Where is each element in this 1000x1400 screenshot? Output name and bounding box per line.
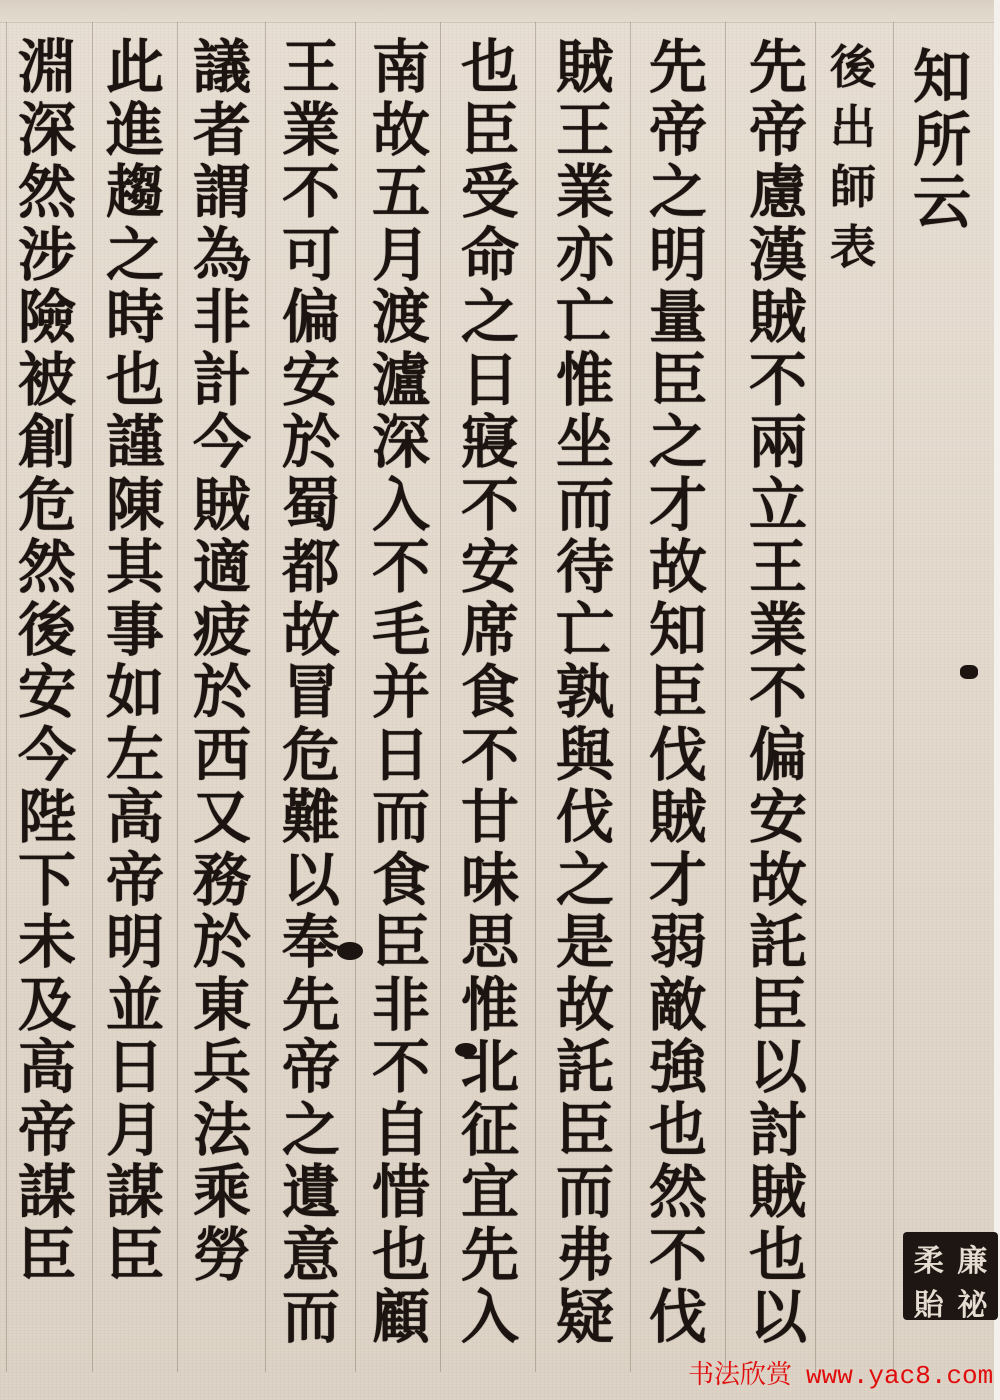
- text-column-9: 議者謂為非計今賊適疲於西又務於東兵法乘勞: [177, 38, 267, 1288]
- calligraphy-character: 食: [461, 663, 519, 726]
- calligraphy-character: 亦: [556, 226, 614, 289]
- calligraphy-character: 量: [649, 288, 707, 351]
- calligraphy-character: 坐: [556, 413, 614, 476]
- calligraphy-character: 謂: [193, 163, 251, 226]
- calligraphy-character: 強: [649, 1038, 707, 1101]
- calligraphy-character: 南: [372, 38, 430, 101]
- calligraphy-character: 才: [649, 476, 707, 539]
- calligraphy-character: 兩: [749, 413, 807, 476]
- calligraphy-character: 安: [282, 351, 340, 414]
- calligraphy-character: 亡: [556, 288, 614, 351]
- calligraphy-character: 左: [106, 726, 164, 789]
- text-column-3: 先帝慮漢賊不兩立王業不偏安故託臣以討賊也以: [733, 38, 823, 1351]
- calligraphy-character: 漢: [749, 226, 807, 289]
- calligraphy-character: 都: [282, 538, 340, 601]
- calligraphy-character: 遺: [282, 1163, 340, 1226]
- calligraphy-character: 業: [749, 601, 807, 664]
- calligraphy-character: 未: [18, 913, 76, 976]
- calligraphy-character: 法: [193, 1101, 251, 1164]
- calligraphy-character: 之: [649, 163, 707, 226]
- calligraphy-character: 表: [830, 224, 876, 284]
- calligraphy-character: 寢: [461, 413, 519, 476]
- calligraphy-character: 賊: [193, 476, 251, 539]
- calligraphy-character: 伐: [649, 726, 707, 789]
- calligraphy-character: 云: [913, 173, 971, 236]
- calligraphy-character: 而: [556, 1163, 614, 1226]
- calligraphy-character: 故: [282, 601, 340, 664]
- calligraphy-character: 陛: [18, 788, 76, 851]
- calligraphy-character: 味: [461, 851, 519, 914]
- calligraphy-character: 疑: [556, 1288, 614, 1351]
- calligraphy-character: 渡: [372, 288, 430, 351]
- calligraphy-character: 亡: [556, 601, 614, 664]
- calligraphy-character: 受: [461, 163, 519, 226]
- calligraphy-character: 也: [649, 1101, 707, 1164]
- calligraphy-character: 而: [372, 788, 430, 851]
- seal-char: 貽: [914, 1280, 944, 1324]
- calligraphy-character: 危: [282, 726, 340, 789]
- calligraphy-character: 敵: [649, 976, 707, 1039]
- calligraphy-character: 帝: [649, 101, 707, 164]
- calligraphy-character: 進: [106, 101, 164, 164]
- calligraphy-character: 及: [18, 976, 76, 1039]
- calligraphy-character: 淵: [18, 38, 76, 101]
- calligraphy-character: 適: [193, 538, 251, 601]
- calligraphy-character: 不: [649, 1226, 707, 1289]
- calligraphy-character: 五: [372, 163, 430, 226]
- calligraphy-character: 託: [556, 1038, 614, 1101]
- calligraphy-character: 於: [282, 413, 340, 476]
- calligraphy-character: 臣: [106, 1226, 164, 1289]
- calligraphy-character: 弗: [556, 1226, 614, 1289]
- calligraphy-character: 偏: [282, 288, 340, 351]
- column-rule: [725, 22, 726, 1372]
- calligraphy-character: 冒: [282, 663, 340, 726]
- calligraphy-character: 如: [106, 663, 164, 726]
- text-column-7: 南故五月渡瀘深入不毛并日而食臣非不自惜也顧: [356, 38, 446, 1351]
- calligraphy-character: 臣: [749, 976, 807, 1039]
- calligraphy-character: 時: [106, 288, 164, 351]
- calligraphy-character: 趨: [106, 163, 164, 226]
- calligraphy-character: 不: [461, 726, 519, 789]
- calligraphy-character: 議: [193, 38, 251, 101]
- calligraphy-character: 偏: [749, 726, 807, 789]
- calligraphy-character: 之: [556, 851, 614, 914]
- paper-right-margin: [994, 0, 1000, 1400]
- calligraphy-character: 涉: [18, 226, 76, 289]
- calligraphy-character: 帝: [282, 1038, 340, 1101]
- calligraphy-character: 先: [282, 976, 340, 1039]
- calligraphy-character: 惟: [556, 351, 614, 414]
- calligraphy-character: 賊: [556, 38, 614, 101]
- calligraphy-character: 師: [830, 164, 876, 224]
- calligraphy-character: 入: [372, 476, 430, 539]
- calligraphy-character: 今: [193, 413, 251, 476]
- calligraphy-character: 以: [282, 851, 340, 914]
- calligraphy-character: 所: [913, 111, 971, 174]
- calligraphy-character: 不: [749, 663, 807, 726]
- calligraphy-character: 臣: [461, 101, 519, 164]
- calligraphy-character: 命: [461, 226, 519, 289]
- calligraphy-character: 先: [749, 38, 807, 101]
- calligraphy-character: 日: [372, 726, 430, 789]
- text-column-8: 王業不可偏安於蜀都故冒危難以奉先帝之遺意而: [266, 38, 356, 1351]
- calligraphy-character: 創: [18, 413, 76, 476]
- calligraphy-character: 陳: [106, 476, 164, 539]
- collector-seal: 柔 廉 貽 祕: [903, 1232, 998, 1320]
- column-rule: [630, 22, 631, 1372]
- calligraphy-character: 非: [372, 976, 430, 1039]
- calligraphy-character: 以: [749, 1038, 807, 1101]
- calligraphy-character: 者: [193, 101, 251, 164]
- calligraphy-character: 其: [106, 538, 164, 601]
- calligraphy-character: 業: [282, 101, 340, 164]
- calligraphy-character: 討: [749, 1101, 807, 1164]
- calligraphy-character: 并: [372, 663, 430, 726]
- calligraphy-character: 不: [749, 351, 807, 414]
- calligraphy-character: 故: [749, 851, 807, 914]
- ink-blot: [337, 942, 363, 960]
- calligraphy-character: 月: [106, 1101, 164, 1164]
- calligraphy-character: 謀: [18, 1163, 76, 1226]
- calligraphy-character: 顧: [372, 1288, 430, 1351]
- calligraphy-character: 兵: [193, 1038, 251, 1101]
- calligraphy-character: 然: [649, 1163, 707, 1226]
- calligraphy-character: 而: [556, 476, 614, 539]
- calligraphy-character: 慮: [749, 163, 807, 226]
- calligraphy-character: 宜: [461, 1163, 519, 1226]
- column-rule: [535, 22, 536, 1372]
- calligraphy-character: 今: [18, 726, 76, 789]
- calligraphy-character: 疲: [193, 601, 251, 664]
- text-column-10: 此進趨之時也謹陳其事如左高帝明並日月謀臣: [90, 38, 180, 1288]
- calligraphy-character: 勞: [193, 1226, 251, 1289]
- calligraphy-character: 賊: [749, 1163, 807, 1226]
- text-column-1: 知所云: [897, 48, 987, 236]
- calligraphy-character: 月: [372, 226, 430, 289]
- calligraphy-character: 然: [18, 163, 76, 226]
- calligraphy-character: 弱: [649, 913, 707, 976]
- calligraphy-character: 意: [282, 1226, 340, 1289]
- watermark-url: www.yac8.com: [806, 1361, 993, 1391]
- calligraphy-character: 又: [193, 788, 251, 851]
- calligraphy-character: 毛: [372, 601, 430, 664]
- calligraphy-character: 後: [830, 44, 876, 104]
- text-column-4: 先帝之明量臣之才故知臣伐賊才弱敵強也然不伐: [633, 38, 723, 1351]
- calligraphy-character: 高: [106, 788, 164, 851]
- calligraphy-character: 待: [556, 538, 614, 601]
- calligraphy-character: 不: [461, 476, 519, 539]
- calligraphy-character: 與: [556, 726, 614, 789]
- calligraphy-character: 惟: [461, 976, 519, 1039]
- calligraphy-character: 託: [749, 913, 807, 976]
- calligraphy-character: 安: [749, 788, 807, 851]
- calligraphy-character: 食: [372, 851, 430, 914]
- calligraphy-character: 故: [649, 538, 707, 601]
- calligraphy-character: 也: [106, 351, 164, 414]
- calligraphy-character: 之: [106, 226, 164, 289]
- ink-blot: [960, 665, 978, 679]
- calligraphy-character: 明: [106, 913, 164, 976]
- calligraphy-character: 而: [282, 1288, 340, 1351]
- calligraphy-character: 非: [193, 288, 251, 351]
- calligraphy-character: 伐: [556, 788, 614, 851]
- calligraphy-character: 不: [282, 163, 340, 226]
- calligraphy-character: 謀: [106, 1163, 164, 1226]
- calligraphy-character: 奉: [282, 913, 340, 976]
- calligraphy-character: 務: [193, 851, 251, 914]
- seal-char: 柔: [914, 1236, 944, 1280]
- calligraphy-character: 征: [461, 1101, 519, 1164]
- calligraphy-character: 蜀: [282, 476, 340, 539]
- calligraphy-character: 思: [461, 913, 519, 976]
- calligraphy-character: 瀘: [372, 351, 430, 414]
- calligraphy-character: 安: [18, 663, 76, 726]
- calligraphy-character: 被: [18, 351, 76, 414]
- calligraphy-character: 下: [18, 851, 76, 914]
- calligraphy-character: 先: [649, 38, 707, 101]
- calligraphy-character: 危: [18, 476, 76, 539]
- calligraphy-character: 賊: [749, 288, 807, 351]
- calligraphy-character: 帝: [106, 851, 164, 914]
- calligraphy-character: 也: [372, 1226, 430, 1289]
- calligraphy-character: 甘: [461, 788, 519, 851]
- calligraphy-character: 之: [282, 1101, 340, 1164]
- calligraphy-character: 西: [193, 726, 251, 789]
- calligraphy-character: 是: [556, 913, 614, 976]
- calligraphy-character: 知: [913, 48, 971, 111]
- calligraphy-character: 難: [282, 788, 340, 851]
- calligraphy-character: 然: [18, 538, 76, 601]
- calligraphy-character: 此: [106, 38, 164, 101]
- calligraphy-character: 賊: [649, 788, 707, 851]
- calligraphy-character: 可: [282, 226, 340, 289]
- calligraphy-character: 深: [18, 101, 76, 164]
- calligraphy-character: 立: [749, 476, 807, 539]
- calligraphy-character: 東: [193, 976, 251, 1039]
- calligraphy-character: 臣: [18, 1226, 76, 1289]
- calligraphy-character: 明: [649, 226, 707, 289]
- calligraphy-character: 臣: [556, 1101, 614, 1164]
- seal-char: 祕: [957, 1280, 987, 1324]
- calligraphy-character: 入: [461, 1288, 519, 1351]
- calligraphy-character: 才: [649, 851, 707, 914]
- calligraphy-character: 安: [461, 538, 519, 601]
- calligraphy-character: 席: [461, 601, 519, 664]
- calligraphy-character: 出: [830, 104, 876, 164]
- text-column-5: 賊王業亦亡惟坐而待亡孰與伐之是故託臣而弗疑: [540, 38, 630, 1351]
- site-watermark: 书法欣赏www.yac8.com: [688, 1354, 993, 1391]
- calligraphy-character: 臣: [649, 351, 707, 414]
- calligraphy-character: 於: [193, 663, 251, 726]
- calligraphy-character: 業: [556, 163, 614, 226]
- calligraphy-character: 不: [372, 538, 430, 601]
- watermark-label: 书法欣赏: [688, 1360, 792, 1390]
- calligraphy-character: 並: [106, 976, 164, 1039]
- calligraphy-character: 孰: [556, 663, 614, 726]
- calligraphy-character: 後: [18, 601, 76, 664]
- calligraphy-character: 於: [193, 913, 251, 976]
- calligraphy-character: 帝: [18, 1101, 76, 1164]
- calligraphy-character: 故: [556, 976, 614, 1039]
- calligraphy-character: 臣: [372, 913, 430, 976]
- calligraphy-character: 不: [372, 1038, 430, 1101]
- calligraphy-character: 也: [461, 38, 519, 101]
- seal-char: 廉: [957, 1236, 987, 1280]
- calligraphy-character: 事: [106, 601, 164, 664]
- calligraphy-character: 惜: [372, 1163, 430, 1226]
- calligraphy-character: 伐: [649, 1288, 707, 1351]
- calligraphy-character: 日: [461, 351, 519, 414]
- calligraphy-character: 為: [193, 226, 251, 289]
- calligraphy-character: 謹: [106, 413, 164, 476]
- calligraphy-character: 臣: [649, 663, 707, 726]
- calligraphy-character: 之: [649, 413, 707, 476]
- calligraphy-character: 知: [649, 601, 707, 664]
- calligraphy-character: 險: [18, 288, 76, 351]
- text-column-11: 淵深然涉險被創危然後安今陛下未及高帝謀臣: [2, 38, 92, 1288]
- calligraphy-character: 先: [461, 1226, 519, 1289]
- calligraphy-character: 也: [749, 1226, 807, 1289]
- calligraphy-character: 自: [372, 1101, 430, 1164]
- calligraphy-character: 乘: [193, 1163, 251, 1226]
- calligraphy-character: 王: [749, 538, 807, 601]
- paper-top-edge: [0, 0, 1000, 23]
- ink-blot: [455, 1043, 477, 1057]
- calligraphy-character: 高: [18, 1038, 76, 1101]
- calligraphy-character: 帝: [749, 101, 807, 164]
- calligraphy-character: 深: [372, 413, 430, 476]
- calligraphy-character: 王: [556, 101, 614, 164]
- calligraphy-character: 計: [193, 351, 251, 414]
- text-column-6: 也臣受命之日寢不安席食不甘味思惟北征宜先入: [445, 38, 535, 1351]
- calligraphy-character: 日: [106, 1038, 164, 1101]
- calligraphy-character: 以: [749, 1288, 807, 1351]
- calligraphy-character: 故: [372, 101, 430, 164]
- calligraphy-character: 王: [282, 38, 340, 101]
- calligraphy-character: 之: [461, 288, 519, 351]
